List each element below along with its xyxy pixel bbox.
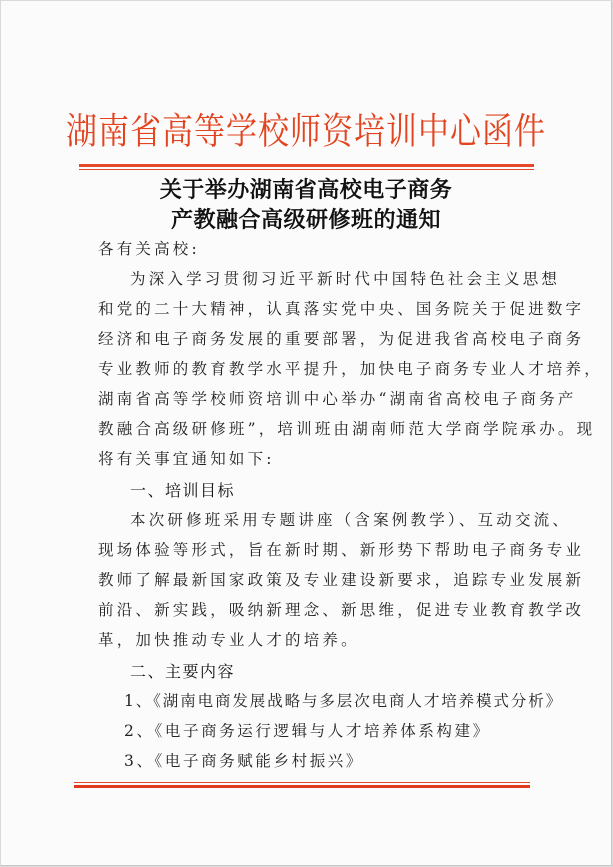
section-heading-goals: 一、培训目标 — [130, 478, 235, 501]
intro-line: 和党的二十大精神，认真落实党中央、国务院关于促进数字 — [98, 297, 584, 319]
goals-line: 教师了解最新国家政策及专业建设新要求，追踪专业发展新 — [98, 568, 584, 590]
content-item: 1、《湖南电商发展战略与多层次电商人才培养模式分析》 — [124, 689, 563, 711]
goals-line: 前沿、新实践，吸纳新理念、新思维，促进专业教育教学改 — [98, 598, 584, 620]
notice-title-line-1: 关于举办湖南省高校电子商务 — [1, 173, 611, 204]
goals-line: 现场体验等形式，旨在新时期、新形势下帮助电子商务专业 — [98, 538, 584, 560]
intro-line: 将有关事宜通知如下: — [98, 447, 275, 469]
goals-line: 本次研修班采用专题讲座（含案例教学）、互动交流、 — [130, 508, 571, 530]
letterhead-title: 湖南省高等学校师资培训中心函件 — [1, 101, 611, 154]
section-heading-content: 二、主要内容 — [130, 659, 235, 682]
goals-line: 革，加快推动专业人才的培养。 — [98, 628, 360, 650]
document-page: 湖南省高等学校师资培训中心函件 关于举办湖南省高校电子商务 产教融合高级研修班的… — [1, 1, 612, 866]
intro-line: 教融合高级研修班”，培训班由湖南师范大学商学院承办。现 — [98, 417, 595, 439]
notice-title-line-2: 产教融合高级研修班的通知 — [1, 203, 611, 234]
intro-line: 专业教师的教育教学水平提升，加快电子商务专业人才培养， — [98, 357, 603, 379]
intro-line: 经济和电子商务发展的重要部署，为促进我省高校电子商务 — [98, 327, 584, 349]
salutation: 各有关高校: — [98, 237, 200, 259]
content-item: 3、《电子商务赋能乡村振兴》 — [124, 749, 364, 771]
content-item: 2、《电子商务运行逻辑与人才培养体系构建》 — [124, 719, 491, 741]
intro-line: 为深入学习贯彻习近平新时代中国特色社会主义思想 — [130, 267, 560, 289]
footer-divider — [74, 782, 530, 788]
header-divider — [79, 164, 534, 170]
intro-line: 湖南省高等学校师资培训中心举办“湖南省高校电子商务产 — [98, 387, 577, 409]
